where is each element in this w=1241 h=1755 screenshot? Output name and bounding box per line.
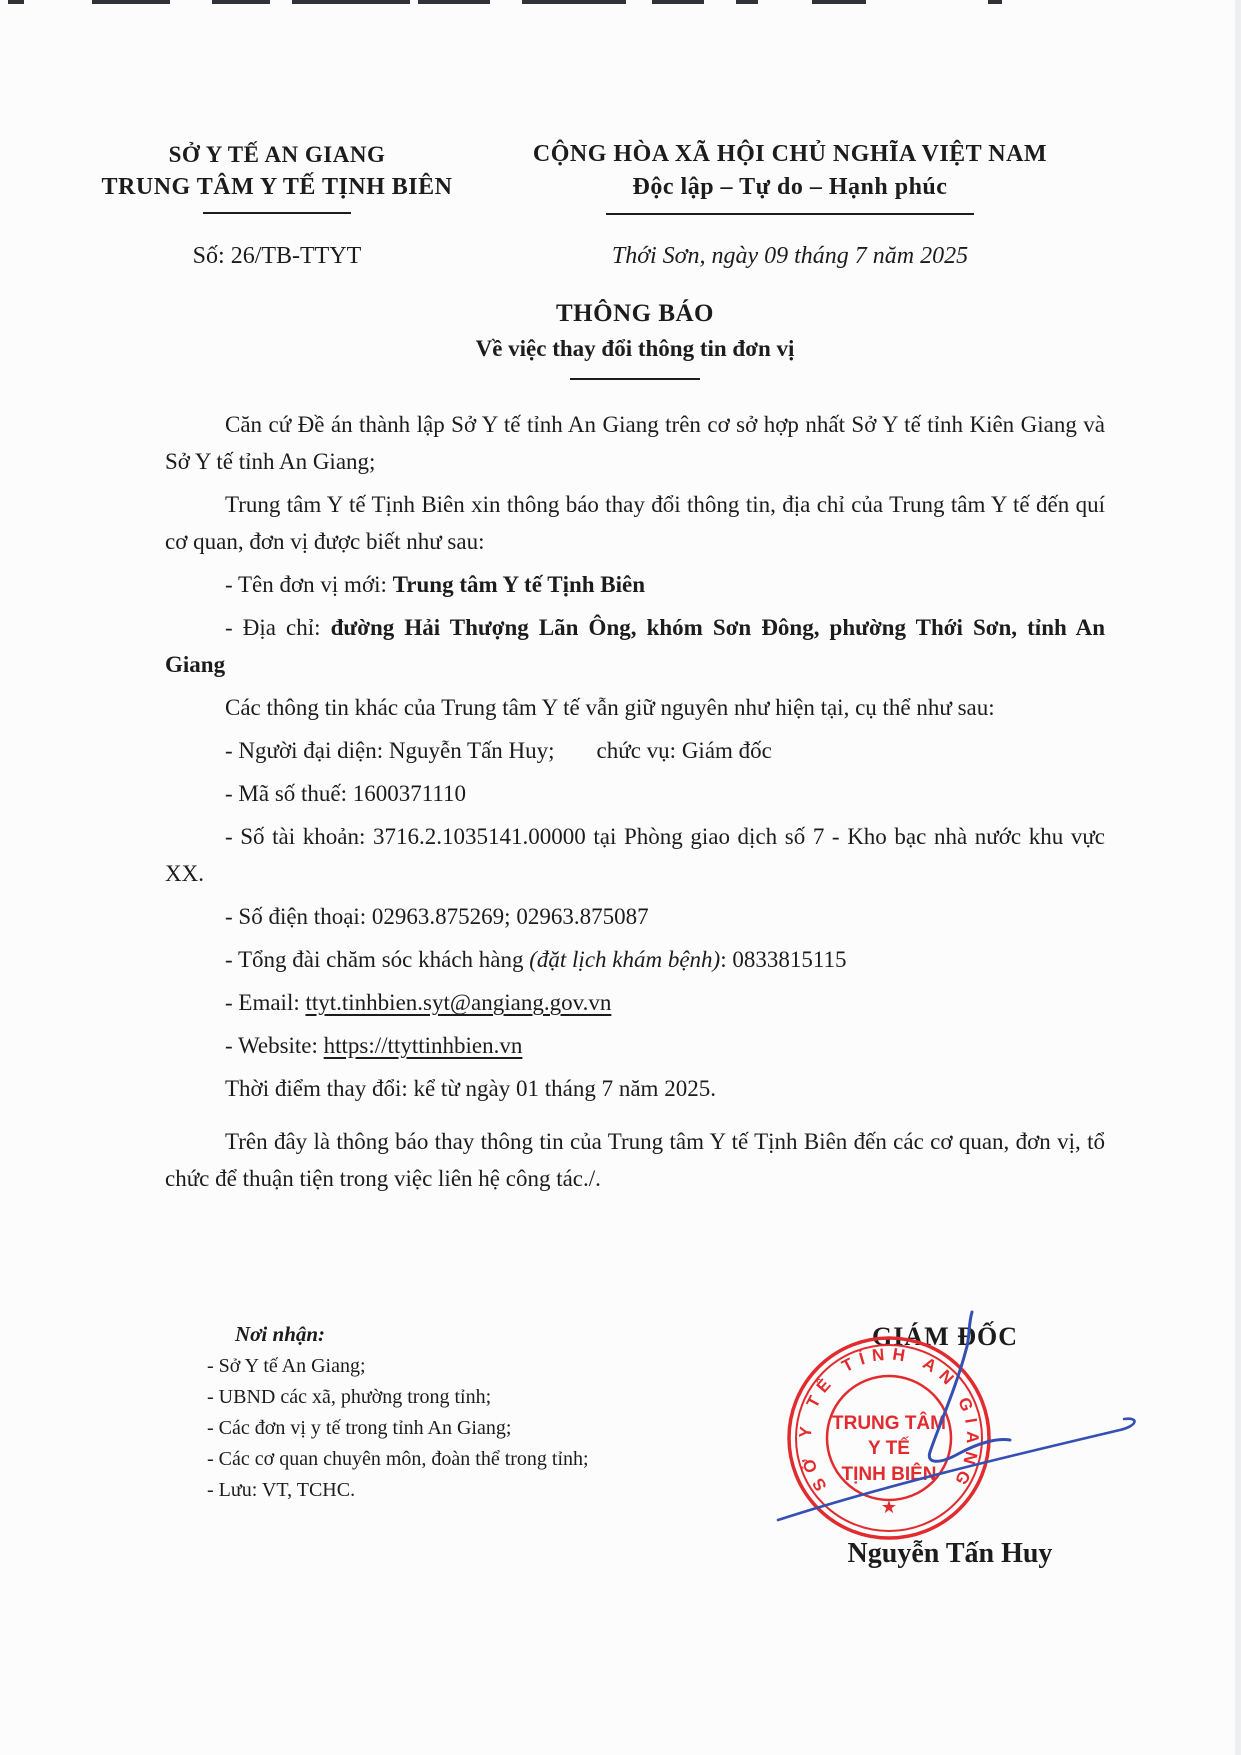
recipient-item: - Lưu: VT, TCHC. <box>207 1475 589 1506</box>
signature-stroke-flourish <box>929 1312 1010 1461</box>
recipient-item: - UBND các xã, phường trong tỉnh; <box>207 1382 589 1413</box>
address-label: - Địa chỉ: <box>225 615 331 640</box>
hotline-line: - Tổng đài chăm sóc khách hàng (đặt lịch… <box>165 941 1105 978</box>
scan-artifact <box>652 0 704 4</box>
recipient-item: - Sở Y tế An Giang; <box>207 1351 589 1382</box>
agency-name: TRUNG TÂM Y TẾ TỊNH BIÊN <box>46 171 508 204</box>
motto-underline <box>606 213 974 215</box>
scan-artifact <box>418 0 490 4</box>
scan-artifact-strip <box>0 0 1241 6</box>
national-title: CỘNG HÒA XÃ HỘI CHỦ NGHĨA VIỆT NAM <box>512 138 1068 171</box>
website-label: - Website: <box>225 1033 324 1058</box>
scan-artifact <box>522 0 626 4</box>
scan-artifact <box>8 0 24 4</box>
effective-date-line: Thời điểm thay đổi: kể từ ngày 01 tháng … <box>165 1070 1105 1107</box>
national-motto-block: CỘNG HÒA XÃ HỘI CHỦ NGHĨA VIỆT NAM Độc l… <box>512 138 1068 215</box>
scan-artifact <box>736 0 758 4</box>
document-title: THÔNG BÁO <box>165 300 1105 328</box>
bank-account-line: - Số tài khoản: 3716.2.1035141.00000 tại… <box>165 818 1105 892</box>
document-meta-row: Số: 26/TB-TTYT Thới Sơn, ngày 09 tháng 7… <box>0 243 1241 270</box>
recipients-block: Nơi nhận: - Sở Y tế An Giang; - UBND các… <box>207 1322 589 1506</box>
paragraph-other-info: Các thông tin khác của Trung tâm Y tế vẫ… <box>165 689 1105 726</box>
hotline-number: : 0833815115 <box>720 947 846 972</box>
title-block: THÔNG BÁO Về việc thay đổi thông tin đơn… <box>165 300 1105 380</box>
scan-artifact <box>812 0 866 4</box>
address-line: - Địa chỉ: đường Hải Thượng Lãn Ông, khó… <box>165 609 1105 683</box>
tax-code-line: - Mã số thuế: 1600371110 <box>165 775 1105 812</box>
document-number: Số: 26/TB-TTYT <box>46 243 508 270</box>
representative-value: - Người đại diện: Nguyễn Tấn Huy; <box>225 738 555 763</box>
agency-underline <box>203 212 351 214</box>
email-line: - Email: ttyt.tinhbien.syt@angiang.gov.v… <box>165 984 1105 1021</box>
website-line: - Website: https://ttyttinhbien.vn <box>165 1027 1105 1064</box>
place-and-date: Thới Sơn, ngày 09 tháng 7 năm 2025 <box>512 243 1068 270</box>
document-body: Căn cứ Đề án thành lập Sở Y tế tỉnh An G… <box>165 406 1105 1197</box>
signer-name: Nguyễn Tấn Huy <box>795 1538 1105 1570</box>
closing-paragraph: Trên đây là thông báo thay thông tin của… <box>165 1123 1105 1197</box>
title-underline <box>570 378 700 380</box>
email-label: - Email: <box>225 990 305 1015</box>
recipient-item: - Các cơ quan chuyên môn, đoàn thể trong… <box>207 1444 589 1475</box>
document-header: SỞ Y TẾ AN GIANG TRUNG TÂM Y TẾ TỊNH BIÊ… <box>0 0 1241 215</box>
recipients-title: Nơi nhận: <box>235 1322 589 1347</box>
phone-line: - Số điện thoại: 02963.875269; 02963.875… <box>165 898 1105 935</box>
parent-agency-name: SỞ Y TẾ AN GIANG <box>46 138 508 171</box>
scan-artifact <box>212 0 270 4</box>
scan-artifact <box>92 0 170 4</box>
unit-name-line: - Tên đơn vị mới: Trung tâm Y tế Tịnh Bi… <box>165 566 1105 603</box>
signature-stroke-main <box>778 1419 1135 1520</box>
recipient-item: - Các đơn vị y tế trong tỉnh An Giang; <box>207 1413 589 1444</box>
website-link[interactable]: https://ttyttinhbien.vn <box>324 1033 523 1058</box>
email-link[interactable]: ttyt.tinhbien.syt@angiang.gov.vn <box>305 990 611 1015</box>
handwritten-signature <box>690 1280 1160 1560</box>
unit-name-label: - Tên đơn vị mới: <box>225 572 393 597</box>
issuing-agency-block: SỞ Y TẾ AN GIANG TRUNG TÂM Y TẾ TỊNH BIÊ… <box>46 138 508 215</box>
unit-name-value: Trung tâm Y tế Tịnh Biên <box>393 572 645 597</box>
scan-artifact <box>988 0 1002 4</box>
national-motto: Độc lập – Tự do – Hạnh phúc <box>512 171 1068 204</box>
scan-edge-shadow <box>1235 0 1241 1755</box>
representative-line: - Người đại diện: Nguyễn Tấn Huy;chức vụ… <box>165 732 1105 769</box>
document-subtitle: Về việc thay đổi thông tin đơn vị <box>165 336 1105 362</box>
hotline-label: - Tổng đài chăm sóc khách hàng <box>225 947 529 972</box>
paragraph-basis: Căn cứ Đề án thành lập Sở Y tế tỉnh An G… <box>165 406 1105 480</box>
hotline-note: (đặt lịch khám bệnh) <box>529 947 720 972</box>
scan-artifact <box>292 0 410 4</box>
document-page: SỞ Y TẾ AN GIANG TRUNG TÂM Y TẾ TỊNH BIÊ… <box>0 0 1241 1755</box>
representative-title: chức vụ: Giám đốc <box>597 738 772 763</box>
paragraph-announcement: Trung tâm Y tế Tịnh Biên xin thông báo t… <box>165 486 1105 560</box>
